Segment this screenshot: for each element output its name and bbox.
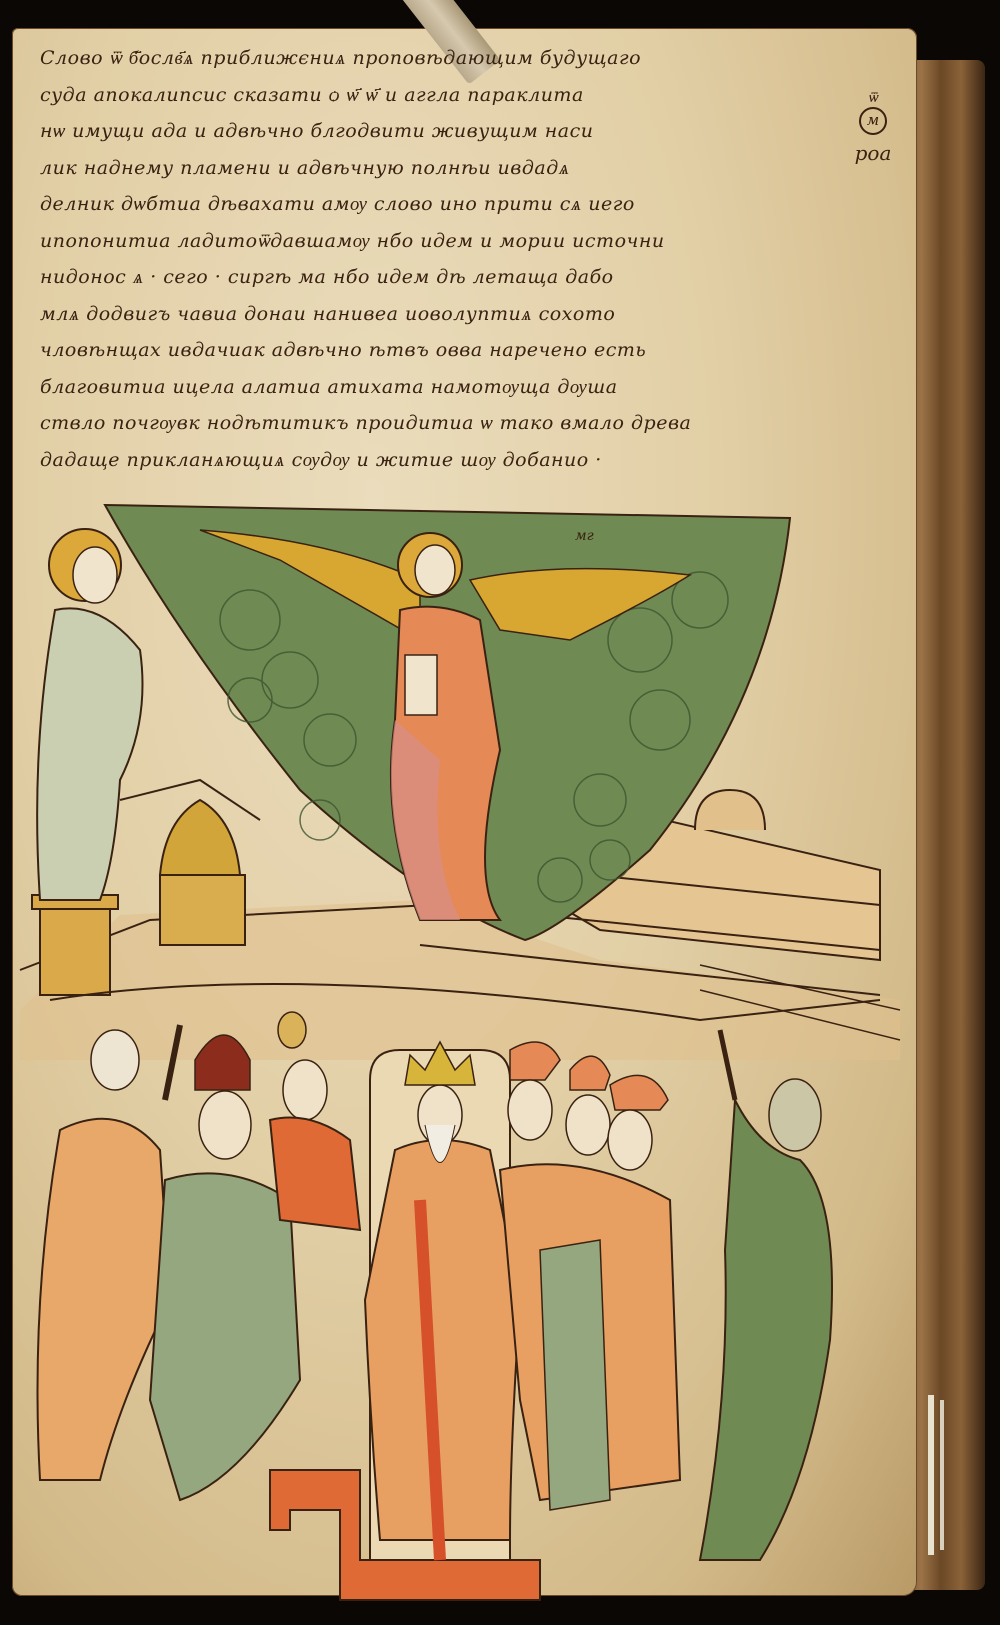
- lower-illustration: [0, 0, 1000, 1625]
- yellow-hat: [278, 1012, 306, 1048]
- red-cap: [510, 1042, 560, 1080]
- right-figure-face: [769, 1079, 821, 1151]
- elder-left-robe: [38, 1119, 171, 1480]
- king-robe: [365, 1140, 520, 1540]
- right-figure-robe: [700, 1100, 832, 1560]
- crown: [405, 1042, 475, 1085]
- figure-robe-green: [150, 1173, 300, 1500]
- elder-left-face: [91, 1030, 139, 1090]
- figure-face: [199, 1091, 251, 1159]
- red-hat: [195, 1035, 250, 1090]
